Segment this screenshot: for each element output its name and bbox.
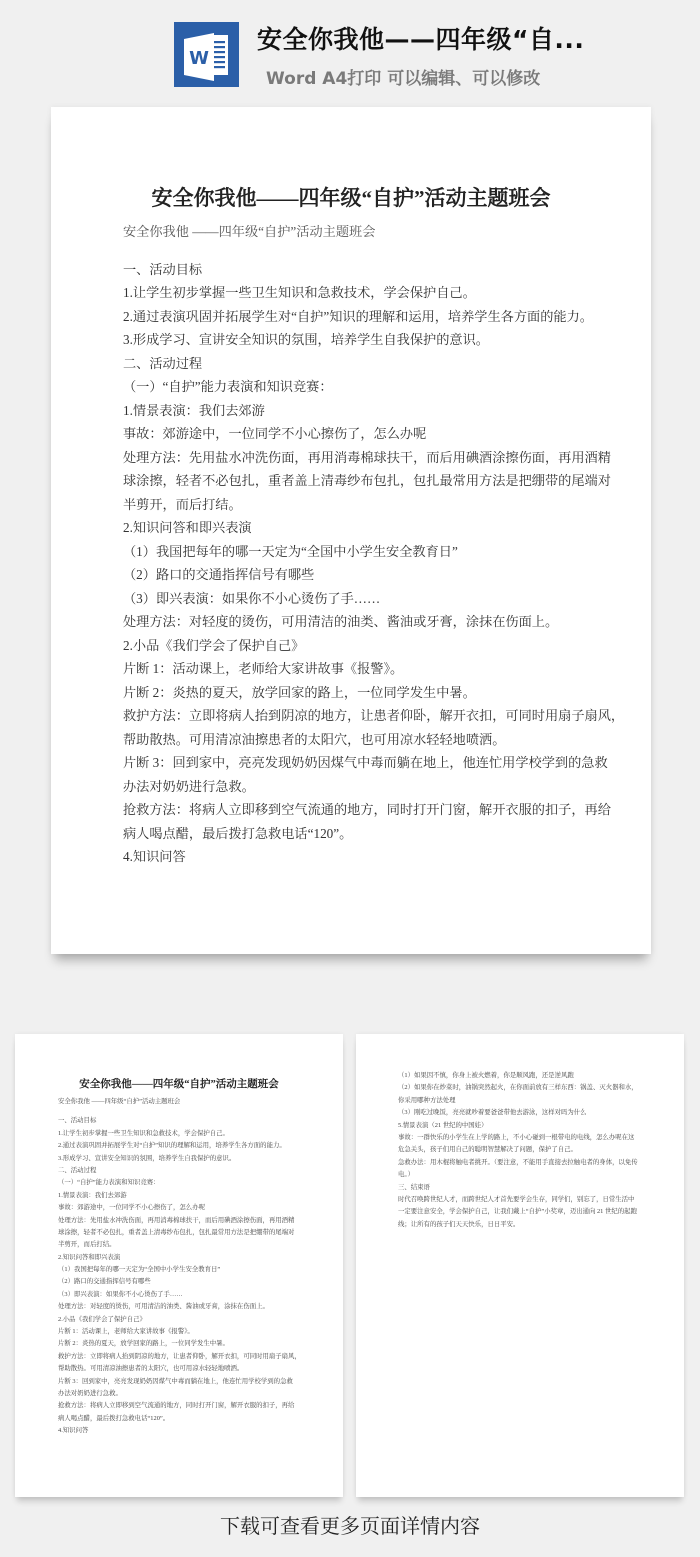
thumb-line: 线；让所有的孩子们天天快乐，日日平安。 bbox=[398, 1219, 658, 1231]
download-more-link[interactable]: 下载可查看更多页面详情内容 bbox=[0, 1510, 700, 1539]
thumb-line: 5.情景表演（21 世纪的中国娃） bbox=[398, 1120, 658, 1132]
doc-line: 片断 1：活动课上，老师给大家讲故事《报警》。 bbox=[123, 657, 593, 681]
doc-line: （一）“自护”能力表演和知识竞赛： bbox=[123, 375, 593, 399]
thumb-line: （1）如果因不慎，你身上被火燃着，你是顺风跑，还是逆风跑 bbox=[398, 1070, 658, 1082]
thumb-line: 4.知识问答 bbox=[58, 1425, 318, 1437]
thumb-line: 一、活动目标 bbox=[58, 1115, 318, 1127]
word-document-icon: W bbox=[174, 22, 239, 87]
thumb-line: 病人喝点醋，最后拨打急救电话“120”。 bbox=[58, 1413, 318, 1425]
section-heading: 一、活动目标 bbox=[123, 258, 593, 282]
doc-line: 2.通过表演巩固并拓展学生对“自护”知识的理解和运用，培养学生各方面的能力。 bbox=[123, 305, 593, 329]
thumb-line: 1.情景表演：我们去郊游 bbox=[58, 1190, 318, 1202]
document-format-note: Word A4打印 可以编辑、可以修改 bbox=[266, 64, 540, 89]
doc-line: 2.小品《我们学会了保护自己》 bbox=[123, 634, 593, 658]
doc-line: 片断 2：炎热的夏天，放学回家的路上，一位同学发生中暑。 bbox=[123, 681, 593, 705]
thumb-line: 电。） bbox=[398, 1169, 658, 1181]
thumb-line: 处理方法：先用盐水冲洗伤面，再用消毒棉球扶干，而后用碘酒涂擦伤面，再用酒精 bbox=[58, 1215, 318, 1227]
doc-line: 4.知识问答 bbox=[123, 845, 593, 869]
thumb-line: （1）我国把每年的哪一天定为“全国中小学生安全教育日” bbox=[58, 1264, 318, 1276]
thumb-line: 时代召唤跨世纪人才，而跨世纪人才首先要学会生存，同学们，别忘了，日常生活中 bbox=[398, 1194, 658, 1206]
thumb-line: （一）“自护”能力表演和知识竞赛： bbox=[58, 1177, 318, 1189]
doc-line: 帮助散热。可用清凉油擦患者的太阳穴，也可用凉水轻轻地喷洒。 bbox=[123, 728, 593, 752]
doc-line: 球涂擦，轻者不必包扎，重者盖上清毒纱布包扎，包扎最常用方法是把绷带的尾端对 bbox=[123, 469, 593, 493]
thumbnail-body: 安全你我他 ——四年级“自护”活动主题班会 一、活动目标 1.让学生初步掌握一些… bbox=[58, 1096, 318, 1438]
thumb-line: 事故：一群快乐的小学生在上学的路上，不小心碰到一根带电的电线，怎么办呢在这 bbox=[398, 1132, 658, 1144]
thumb-line: 三、结束语 bbox=[398, 1182, 658, 1194]
thumb-line: （3）即兴表演：如果你不小心烫伤了手…… bbox=[58, 1289, 318, 1301]
doc-line: 抢救方法：将病人立即移到空气流通的地方，同时打开门窗，解开衣服的扣子，再给 bbox=[123, 798, 593, 822]
thumb-line: （2）如果你在炒菜时，油锅突然起火，在你面前放有三样东西：锅盖、灭火器和水， bbox=[398, 1082, 658, 1094]
thumb-line: 球涂擦，轻者不必包扎，重者盖上清毒纱布包扎，包扎最常用方法是把绷带的尾端对 bbox=[58, 1227, 318, 1239]
thumb-line: 救护方法：立即将病人抬到阴凉的地方，让患者仰卧，解开衣扣，可同时用扇子扇风， bbox=[58, 1351, 318, 1363]
page-heading: 安全你我他——四年级“自护”活动主题班会 bbox=[51, 182, 651, 212]
thumb-line: 2.知识问答和即兴表演 bbox=[58, 1252, 318, 1264]
thumb-line: 2.小品《我们学会了保护自己》 bbox=[58, 1314, 318, 1326]
thumb-line: 处理方法：对轻度的烫伤，可用清洁的油类、酱油或牙膏，涂抹在伤面上。 bbox=[58, 1301, 318, 1313]
thumb-line: 二、活动过程 bbox=[58, 1165, 318, 1177]
thumb-line: 2.通过表演巩固并拓展学生对“自护”知识的理解和运用，培养学生各方面的能力。 bbox=[58, 1140, 318, 1152]
section-heading: 二、活动过程 bbox=[123, 352, 593, 376]
page-thumbnail-2[interactable]: （1）如果因不慎，你身上被火燃着，你是顺风跑，还是逆风跑 （2）如果你在炒菜时，… bbox=[356, 1034, 684, 1497]
thumb-line: 办法对奶奶进行急救。 bbox=[58, 1388, 318, 1400]
doc-line: 事故：郊游途中，一位同学不小心擦伤了，怎么办呢 bbox=[123, 422, 593, 446]
doc-line: 处理方法：先用盐水冲洗伤面，再用消毒棉球扶干，而后用碘酒涂擦伤面，再用酒精 bbox=[123, 446, 593, 470]
doc-line: 救护方法：立即将病人抬到阴凉的地方，让患者仰卧，解开衣扣，可同时用扇子扇风， bbox=[123, 704, 593, 728]
thumb-line: 抢救方法：将病人立即移到空气流通的地方，同时打开门窗，解开衣服的扣子，再给 bbox=[58, 1400, 318, 1412]
thumbnail-heading: 安全你我他——四年级“自护”活动主题班会 bbox=[15, 1076, 343, 1091]
doc-line: （3）即兴表演：如果你不小心烫伤了手…… bbox=[123, 587, 593, 611]
doc-line: 3.形成学习、宣讲安全知识的氛围，培养学生自我保护的意识。 bbox=[123, 328, 593, 352]
thumb-line: 1.让学生初步掌握一些卫生知识和急救技术，学会保护自己。 bbox=[58, 1128, 318, 1140]
doc-line: 2.知识问答和即兴表演 bbox=[123, 516, 593, 540]
thumbnail-body: （1）如果因不慎，你身上被火燃着，你是顺风跑，还是逆风跑 （2）如果你在炒菜时，… bbox=[398, 1070, 658, 1231]
doc-line: 病人喝点醋，最后拨打急救电话“120”。 bbox=[123, 822, 593, 846]
document-title: 安全你我他——四年级“自... bbox=[257, 20, 584, 56]
thumb-line: 片断 2：炎热的夏天，放学回家的路上，一位同学发生中暑。 bbox=[58, 1338, 318, 1350]
thumb-line: 事故：郊游途中，一位同学不小心擦伤了，怎么办呢 bbox=[58, 1202, 318, 1214]
thumb-line: 帮助散热。可用清凉油擦患者的太阳穴，也可用凉水轻轻地喷洒。 bbox=[58, 1363, 318, 1375]
doc-subtitle-line: 安全你我他 ——四年级“自护”活动主题班会 bbox=[123, 220, 593, 244]
doc-line: （1）我国把每年的哪一天定为“全国中小学生安全教育日” bbox=[123, 540, 593, 564]
doc-line: （2）路口的交通指挥信号有哪些 bbox=[123, 563, 593, 587]
document-header: W 安全你我他——四年级“自... Word A4打印 可以编辑、可以修改 bbox=[0, 0, 700, 100]
doc-line: 办法对奶奶进行急救。 bbox=[123, 775, 593, 799]
thumb-line: 危急关头，孩子们用自己的聪明智慧解决了问题，保护了自己。 bbox=[398, 1144, 658, 1156]
thumb-line: 急救办法：用木棍将触电者挑开。（要注意，不能用手直接去拉触电者的身体，以免传 bbox=[398, 1157, 658, 1169]
thumb-line: （2）路口的交通指挥信号有哪些 bbox=[58, 1276, 318, 1288]
thumb-line: 安全你我他 ——四年级“自护”活动主题班会 bbox=[58, 1096, 318, 1108]
page-body: 安全你我他 ——四年级“自护”活动主题班会 一、活动目标 1.让学生初步掌握一些… bbox=[123, 220, 593, 869]
thumb-line: 你采用哪种方法处理 bbox=[398, 1095, 658, 1107]
thumb-line: （3）刚吃过晚饭，亮亮就吵着要爸爸带他去游泳，这样对吗为什么 bbox=[398, 1107, 658, 1119]
thumb-line: 片断 1：活动课上，老师给大家讲故事《报警》。 bbox=[58, 1326, 318, 1338]
doc-line: 半剪开，而后打结。 bbox=[123, 493, 593, 517]
doc-line: 片断 3：回到家中，亮亮发现奶奶因煤气中毒而躺在地上，他连忙用学校学到的急救 bbox=[123, 751, 593, 775]
doc-line: 1.让学生初步掌握一些卫生知识和急救技术，学会保护自己。 bbox=[123, 281, 593, 305]
main-page-preview[interactable]: 安全你我他——四年级“自护”活动主题班会 安全你我他 ——四年级“自护”活动主题… bbox=[51, 107, 651, 954]
thumb-line: 片断 3：回到家中，亮亮发现奶奶因煤气中毒而躺在地上，他连忙用学校学到的急救 bbox=[58, 1376, 318, 1388]
thumb-line: 一定要注意安全，学会保护自己，让我们戴上“自护”小奖章，迈出通向 21 世纪的起… bbox=[398, 1206, 658, 1218]
doc-line: 1.情景表演：我们去郊游 bbox=[123, 399, 593, 423]
doc-line: 处理方法：对轻度的烫伤，可用清洁的油类、酱油或牙膏，涂抹在伤面上。 bbox=[123, 610, 593, 634]
thumb-line: 半剪开，而后打结。 bbox=[58, 1239, 318, 1251]
page-thumbnail-1[interactable]: 安全你我他——四年级“自护”活动主题班会 安全你我他 ——四年级“自护”活动主题… bbox=[15, 1034, 343, 1497]
svg-text:W: W bbox=[189, 48, 209, 69]
thumb-line: 3.形成学习、宣讲安全知识的氛围，培养学生自我保护的意识。 bbox=[58, 1153, 318, 1165]
